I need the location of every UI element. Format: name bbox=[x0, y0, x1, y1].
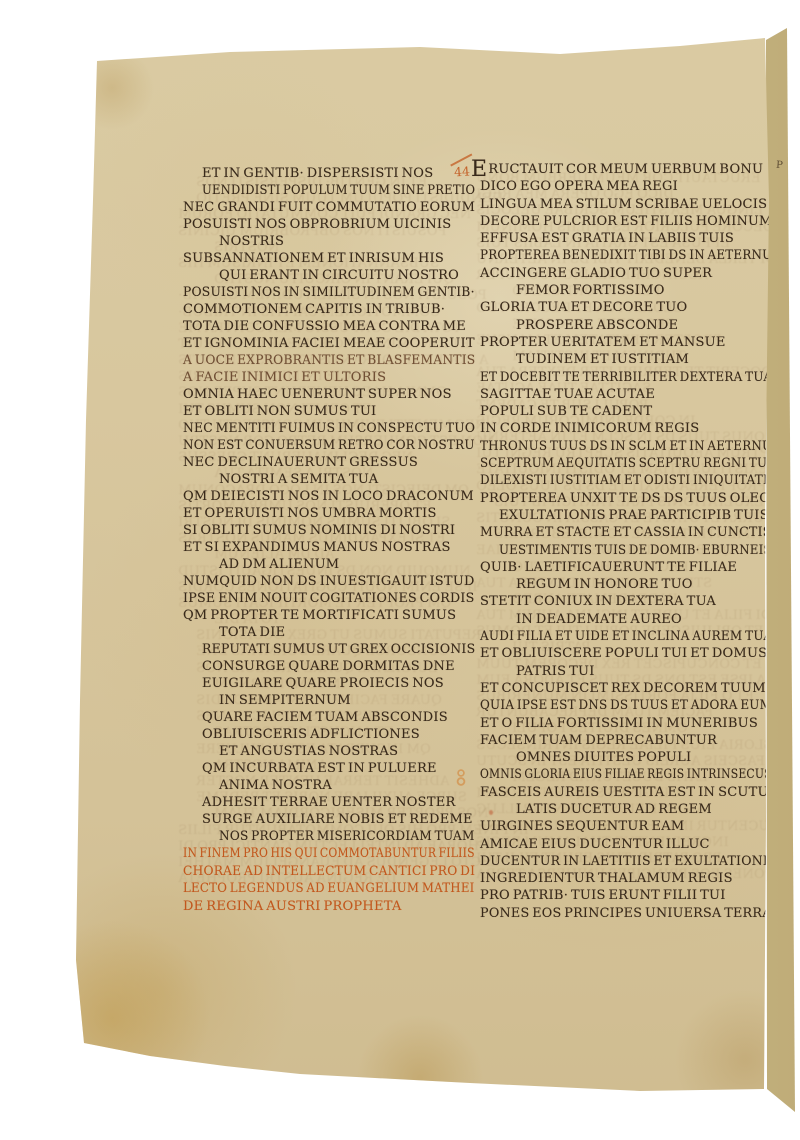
text-column-right: ERUCTAUIT COR MEUM UERBUM BONUDICO EGO O… bbox=[480, 163, 772, 924]
text-line: NEC DECLINAUERUNT GRESSUS bbox=[183, 456, 475, 473]
text-line: ET OPERUISTI NOS UMBRA MORTIS bbox=[183, 507, 475, 524]
text-line: A UOCE EXPROBRANTIS ET BLASFEMANTIS bbox=[183, 354, 475, 371]
photo-background: P ET IN GENTIB· DISPERSISTI NOSUENDIDIST… bbox=[0, 0, 800, 1140]
text-line: OMNIS GLORIA EIUS FILIAE REGIS INTRINSEC… bbox=[480, 768, 772, 785]
rubric-line: LECTO LEGENDUS AD EUANGELIUM MATHEI bbox=[183, 882, 475, 900]
text-line: ET OBLIUISCERE POPULI TUI ET DOMUS bbox=[480, 647, 772, 664]
text-line: AD DM ALIENUM bbox=[219, 558, 475, 575]
text-line: SCEPTRUM AEQUITATIS SCEPTRU REGNI TUI bbox=[480, 457, 772, 474]
text-line: ET DOCEBIT TE TERRIBILITER DEXTERA TUA bbox=[480, 371, 772, 388]
text-line: FACIEM TUAM DEPRECABUNTUR bbox=[480, 734, 772, 751]
text-line: ADHESIT TERRAE UENTER NOSTER bbox=[202, 796, 475, 813]
rubric-line: DE REGINA AUSTRI PROPHETA bbox=[183, 900, 475, 918]
text-line: UENDIDISTI POPULUM TUUM SINE PRETIO bbox=[202, 184, 475, 201]
text-line: AMICAE EIUS DUCENTUR ILLUC bbox=[480, 838, 772, 855]
text-line: UIRGINES SEQUENTUR EAM bbox=[480, 820, 772, 837]
text-line: IN DEADEMATE AUREO bbox=[516, 613, 772, 630]
rubric-line: CHORAE AD INTELLECTUM CANTICI PRO DI bbox=[183, 865, 475, 883]
text-line: ACCINGERE GLADIO TUO SUPER bbox=[480, 267, 772, 284]
text-line: ERUCTAUIT COR MEUM UERBUM BONU bbox=[480, 163, 772, 180]
text-line: PRO PATRIB· TUIS ERUNT FILII TUI bbox=[480, 889, 772, 906]
edge-letter: P bbox=[776, 160, 783, 171]
text-line: TOTA DIE CONFUSSIO MEA CONTRA ME bbox=[183, 320, 475, 337]
text-line: CONSURGE QUARE DORMITAS DNE bbox=[202, 660, 475, 677]
text-line: EUIGILARE QUARE PROIECIS NOS bbox=[202, 677, 475, 694]
text-line: IN CORDE INIMICORUM REGIS bbox=[480, 422, 772, 439]
text-line: QUI ERANT IN CIRCUITU NOSTRO bbox=[219, 269, 475, 286]
text-line: REPUTATI SUMUS UT GREX OCCISIONIS bbox=[202, 643, 475, 660]
text-line: AUDI FILIA ET UIDE ET INCLINA AUREM TUA bbox=[480, 630, 772, 647]
text-line: INGREDIENTUR THALAMUM REGIS bbox=[480, 872, 772, 889]
text-line: QUARE FACIEM TUAM ABSCONDIS bbox=[202, 711, 475, 728]
text-line: OBLIUISCERIS ADFLICTIONES bbox=[202, 728, 475, 745]
text-line: IPSE ENIM NOUIT COGITATIONES CORDIS bbox=[183, 592, 475, 609]
text-line: EXULTATIONIS PRAE PARTICIPIB TUIS bbox=[499, 509, 772, 526]
text-line: PONES EOS PRINCIPES UNIUERSA TERRA bbox=[480, 907, 772, 924]
text-line: ET IGNOMINIA FACIEI MEAE COOPERUIT bbox=[183, 337, 475, 354]
text-line: NOS PROPTER MISERICORDIAM TUAM bbox=[219, 830, 475, 847]
rubric-line: IN FINEM PRO HIS QUI COMMOTABUNTUR FILII… bbox=[183, 847, 475, 865]
text-line: ET ANGUSTIAS NOSTRAS bbox=[219, 745, 475, 762]
text-line: GLORIA TUA ET DECORE TUO bbox=[480, 301, 772, 318]
text-line: OMNIA HAEC UENERUNT SUPER NOS bbox=[183, 388, 475, 405]
text-line: NEC MENTITI FUIMUS IN CONSPECTU TUO bbox=[183, 422, 475, 439]
text-column-left: ET IN GENTIB· DISPERSISTI NOSUENDIDISTI … bbox=[183, 167, 475, 917]
initial-letter: E bbox=[471, 157, 487, 182]
text-line: PROPTER UERITATEM ET MANSUE bbox=[480, 336, 772, 353]
text-line: POSUISTI NOS OBPROBRIUM UICINIS bbox=[183, 218, 475, 235]
text-line: SURGE AUXILIARE NOBIS ET REDEME bbox=[202, 813, 475, 830]
text-line: MURRA ET STACTE ET CASSIA IN CUNCTIS bbox=[480, 526, 772, 543]
text-line: NUMQUID NON DS INUESTIGAUIT ISTUD bbox=[183, 575, 475, 592]
text-line: STETIT CONIUX IN DEXTERA TUA bbox=[480, 595, 772, 612]
text-line: POSUISTI NOS IN SIMILITUDINEM GENTIB· bbox=[183, 286, 475, 303]
text-line: ET CONCUPISCET REX DECOREM TUUM bbox=[480, 682, 772, 699]
text-line: NOSTRIS bbox=[219, 235, 475, 252]
text-line: PROSPERE ABSCONDE bbox=[516, 319, 772, 336]
text-line: FEMOR FORTISSIMO bbox=[516, 284, 772, 301]
text-line: ANIMA NOSTRA bbox=[219, 779, 475, 796]
text-line: SAGITTAE TUAE ACUTAE bbox=[480, 388, 772, 405]
text-line: REGUM IN HONORE TUO bbox=[516, 578, 772, 595]
text-line: PROPTEREA UNXIT TE DS DS TUUS OLEO bbox=[480, 492, 772, 509]
text-line: ET OBLITI NON SUMUS TUI bbox=[183, 405, 475, 422]
text-line: QM PROPTER TE MORTIFICATI SUMUS bbox=[183, 609, 475, 626]
manuscript-leaf: ET IN GENTIB· DISPERSISTI NOSUENDIDISTI … bbox=[0, 0, 800, 1140]
text-line: DECORE PULCRIOR EST FILIIS HOMINUM bbox=[480, 215, 772, 232]
text-line: NON EST CONUERSUM RETRO COR NOSTRU bbox=[183, 439, 475, 456]
text-line: ET IN GENTIB· DISPERSISTI NOS bbox=[202, 167, 475, 184]
text-line: DILEXISTI IUSTITIAM ET ODISTI INIQUITATE bbox=[480, 474, 772, 491]
text-line: NEC GRANDI FUIT COMMUTATIO EORUM bbox=[183, 201, 475, 218]
text-line: PATRIS TUI bbox=[516, 665, 772, 682]
text-line: LINGUA MEA STILUM SCRIBAE UELOCIS bbox=[480, 198, 772, 215]
text-line: COMMOTIONEM CAPITIS IN TRIBUB· bbox=[183, 303, 475, 320]
text-line: QM DEIECISTI NOS IN LOCO DRACONUM bbox=[183, 490, 475, 507]
text-line: A FACIE INIMICI ET ULTORIS bbox=[183, 371, 475, 388]
text-line: DICO EGO OPERA MEA REGI bbox=[480, 180, 772, 197]
text-line: TOTA DIE bbox=[219, 626, 475, 643]
text-line: QUIB· LAETIFICAUERUNT TE FILIAE bbox=[480, 561, 772, 578]
text-line: POPULI SUB TE CADENT bbox=[480, 405, 772, 422]
text-line: PROPTEREA BENEDIXIT TIBI DS IN AETERNU bbox=[480, 249, 772, 266]
text-line: THRONUS TUUS DS IN SCLM ET IN AETERNU bbox=[480, 440, 772, 457]
text-line: TUDINEM ET IUSTITIAM bbox=[516, 353, 772, 370]
text-line: QUIA IPSE EST DNS DS TUUS ET ADORA EUM bbox=[480, 699, 772, 716]
text-line: IN SEMPITERNUM bbox=[219, 694, 475, 711]
text-line: SUBSANNATIONEM ET INRISUM HIS bbox=[183, 252, 475, 269]
text-line: UESTIMENTIS TUIS DE DOMIB· EBURNEIS bbox=[499, 544, 772, 561]
text-line: QM INCURBATA EST IN PULUERE bbox=[202, 762, 475, 779]
text-line: OMNES DIUITES POPULI bbox=[516, 751, 772, 768]
text-line: NOSTRI A SEMITA TUA bbox=[219, 473, 475, 490]
text-line: LATIS DUCETUR AD REGEM bbox=[516, 803, 772, 820]
text-line: DUCENTUR IN LAETITIIS ET EXULTATIONE bbox=[480, 855, 772, 872]
psalm-number-marginal: 44 bbox=[453, 163, 470, 179]
text-line: FASCEIS AUREIS UESTITA EST IN SCUTU bbox=[480, 786, 772, 803]
text-line: EFFUSA EST GRATIA IN LABIIS TUIS bbox=[480, 232, 772, 249]
text-line: SI OBLITI SUMUS NOMINIS DI NOSTRI bbox=[183, 524, 475, 541]
text-line: ET O FILIA FORTISSIMI IN MUNERIBUS bbox=[480, 717, 772, 734]
text-line: ET SI EXPANDIMUS MANUS NOSTRAS bbox=[183, 541, 475, 558]
